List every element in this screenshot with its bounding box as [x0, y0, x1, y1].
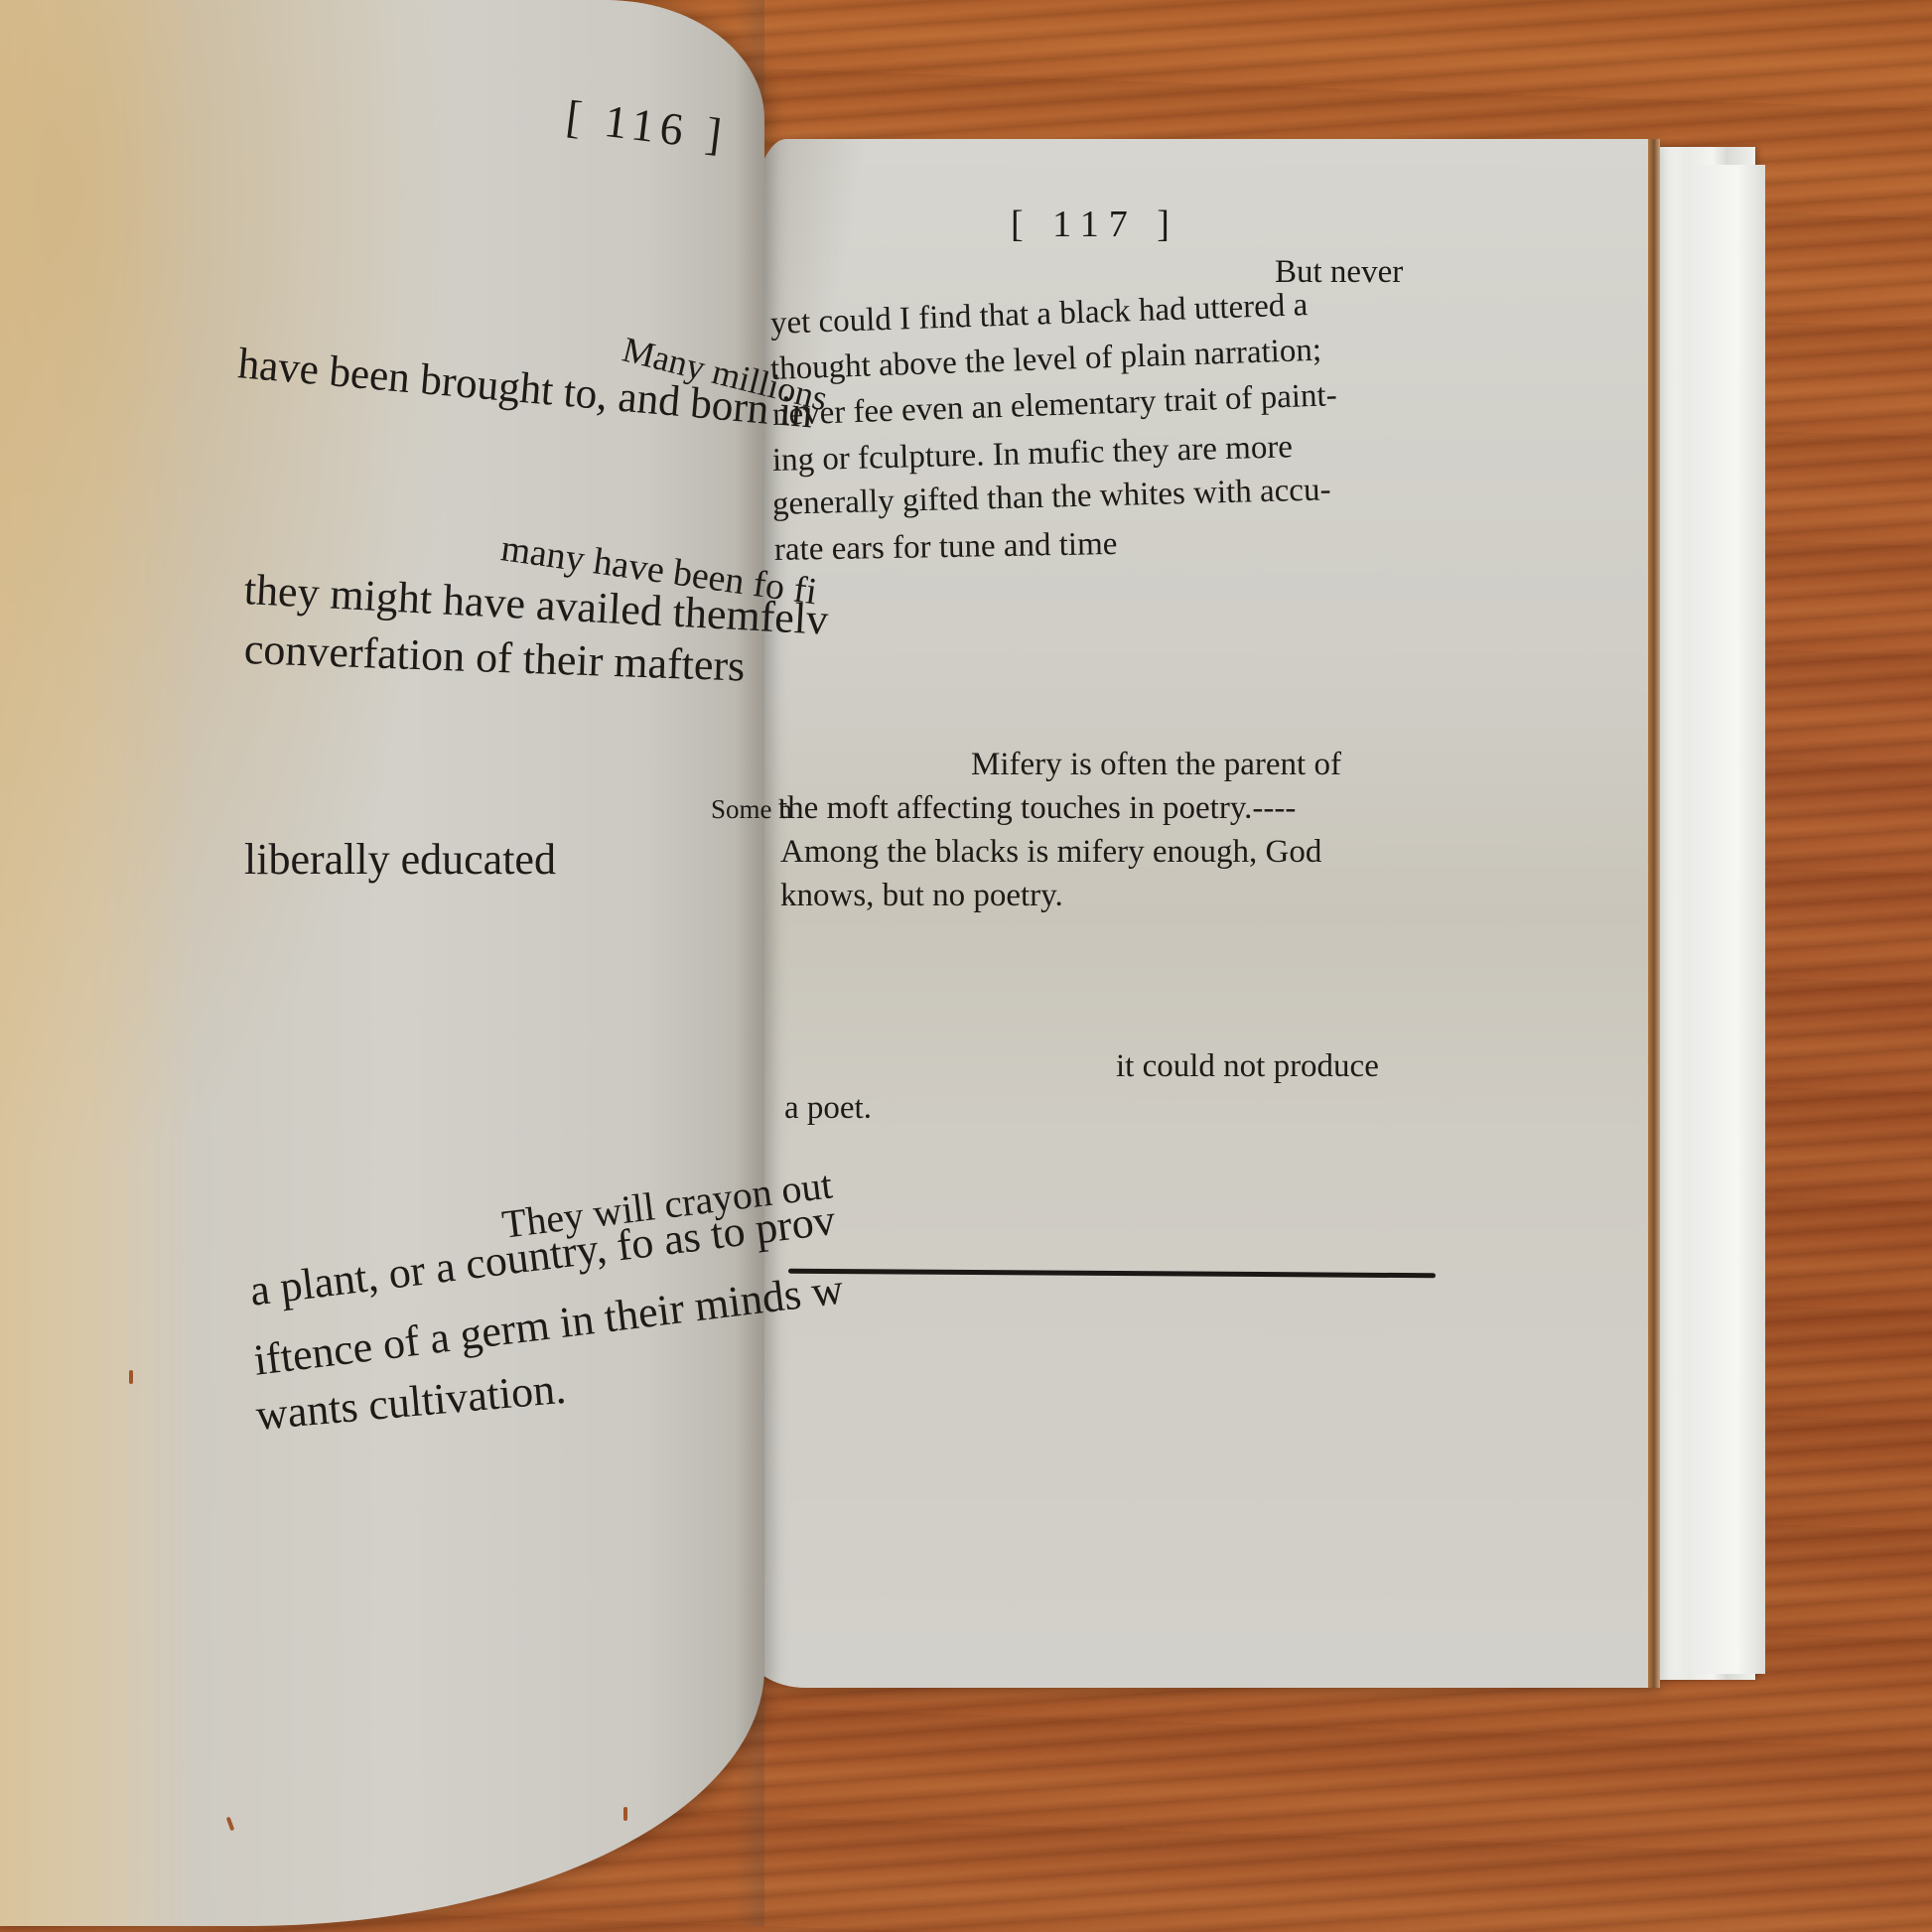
page-edges — [1660, 147, 1755, 1680]
right-page-edge — [1648, 139, 1660, 1688]
right-line: But never — [1275, 254, 1403, 291]
right-line: rate ears for tune and time — [774, 526, 1118, 569]
right-line: Mifery is often the parent of — [971, 747, 1341, 783]
paper-blemish — [129, 1370, 133, 1384]
left-line: liberally educated — [244, 834, 556, 885]
right-line: knows, but no poetry. — [780, 878, 1063, 914]
left-page — [0, 0, 764, 1926]
page-edges-back — [1696, 165, 1765, 1674]
right-page-number: [ 117 ] — [1011, 203, 1179, 246]
right-line: Among the blacks is mifery enough, God — [780, 834, 1321, 871]
gutter-shadow — [735, 0, 764, 1926]
paper-blemish — [623, 1807, 627, 1821]
right-line: the moft affecting touches in poetry.---… — [778, 790, 1296, 827]
right-line: it could not produce — [1116, 1048, 1379, 1085]
right-line: a poet. — [784, 1090, 872, 1127]
